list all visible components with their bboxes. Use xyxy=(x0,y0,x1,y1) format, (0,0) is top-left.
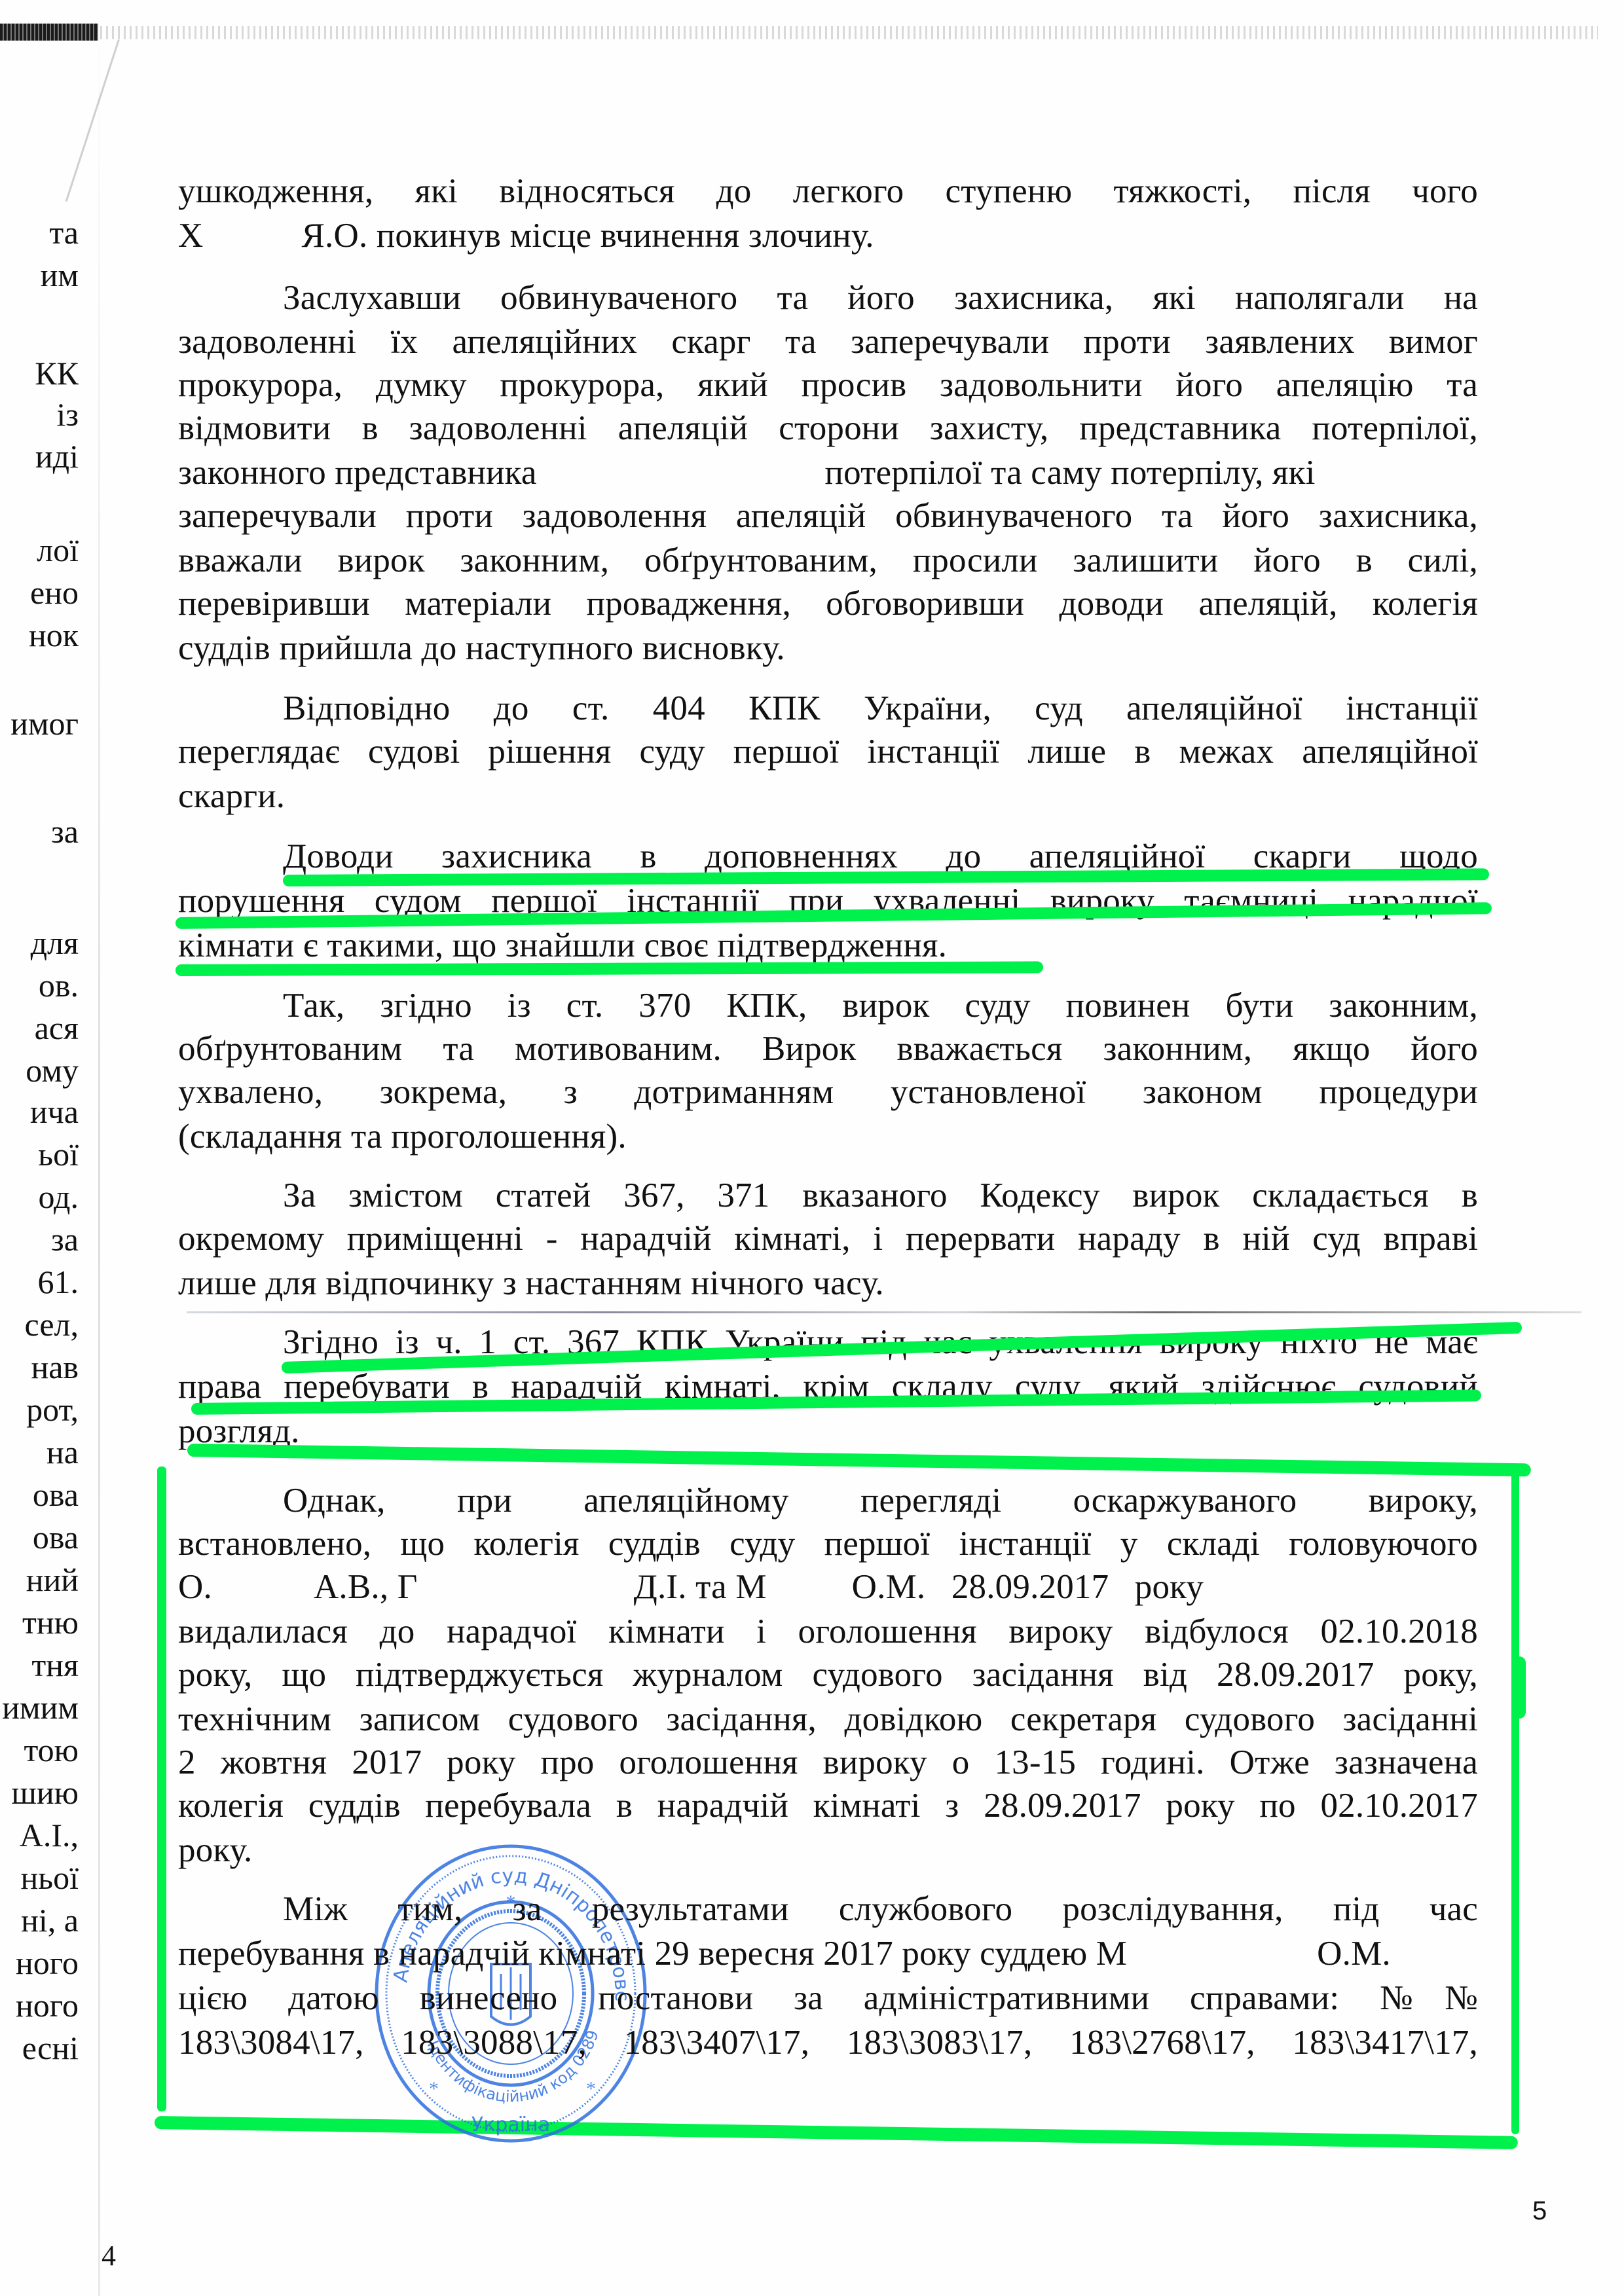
text-line: ХЯ.О. покинув місце вчинення злочину. xyxy=(178,216,1478,255)
margin-text-fragment: ного xyxy=(16,1989,79,2022)
text-line: обґрунтованим та мотивованим. Вирок вваж… xyxy=(178,1029,1478,1068)
margin-text-fragment: имог xyxy=(10,707,79,740)
text-fragment: законного представника xyxy=(178,454,537,492)
document-page: таимККізиділоїенонокимогзадляов.асяомуич… xyxy=(0,0,1624,2296)
text-line: окремому приміщенні - нарадчій кімнаті, … xyxy=(178,1219,1478,1258)
text-line: заперечували проти задоволення апеляцій … xyxy=(178,496,1478,536)
text-line: Відповідно до ст. 404 КПК України, суд а… xyxy=(283,689,1478,728)
boxed-line: року, що підтверджується журналом судово… xyxy=(178,1655,1478,1694)
boxed-line: технічним записом судового засідання, до… xyxy=(178,1700,1478,1739)
seal-star-icon: * xyxy=(586,2078,596,2100)
highlighted-line: кімнати є такими, що знайшли своє підтве… xyxy=(178,926,1478,965)
redacted-name: Д.І. та М xyxy=(634,1568,767,1606)
redacted-name: А.В., Г xyxy=(314,1568,418,1606)
text-line: задоволенні їх апеляційних скарг та запе… xyxy=(178,322,1478,361)
highlighter-underline xyxy=(175,961,1043,976)
boxed-line: встановлено, що колегія суддів суду перш… xyxy=(178,1524,1478,1563)
margin-text-fragment: ича xyxy=(30,1095,79,1128)
boxed-line: Однак, при апеляційному перегляді оскарж… xyxy=(283,1481,1478,1520)
date-text: О.М. 28.09.2017 року xyxy=(852,1568,1204,1606)
page-fold-line xyxy=(98,0,100,2296)
margin-text-fragment: за xyxy=(51,1223,79,1256)
text-line: вважали вирок законним, обґрунтованим, п… xyxy=(178,541,1478,580)
margin-text-fragment: нав xyxy=(31,1351,79,1383)
highlighter-box-left xyxy=(157,1467,166,2111)
text-line: Так, згідно із ст. 370 КПК, вирок суду п… xyxy=(283,986,1478,1025)
boxed-line: видалилася до нарадчої кімнати і оголоше… xyxy=(178,1612,1478,1651)
margin-text-fragment: есні xyxy=(22,2032,79,2064)
boxed-line: Між тим, за результатами службового розс… xyxy=(283,1889,1478,1929)
scan-artifact-dark xyxy=(0,24,98,41)
margin-text-fragment: нок xyxy=(29,619,79,651)
redacted-initial: Х xyxy=(178,217,203,255)
text-fragment: перебування в нарадчій кімнаті 29 вересн… xyxy=(178,1935,1127,1973)
seal-country-text: Україна xyxy=(471,2113,550,2136)
margin-text-fragment: 61. xyxy=(38,1266,79,1298)
margin-text-fragment: ова xyxy=(33,1478,79,1511)
text-line: переглядає судові рішення суду першої ін… xyxy=(178,732,1478,771)
text-line: ушкодження, які відносяться до легкого с… xyxy=(178,172,1478,211)
margin-text-fragment: иді xyxy=(35,440,79,473)
margin-text-fragment: од. xyxy=(39,1180,79,1213)
boxed-line: О.А.В., ГД.І. та МО.М. 28.09.2017 року xyxy=(178,1567,1478,1607)
margin-text-fragment: КК xyxy=(35,357,79,390)
margin-text-fragment: ов. xyxy=(39,969,79,1002)
redacted-name: О. xyxy=(178,1568,212,1606)
text-line: скарги. xyxy=(178,776,1478,816)
text-line: лише для відпочинку з настанням нічного … xyxy=(178,1264,1478,1303)
margin-text-fragment: ено xyxy=(30,576,79,609)
margin-text-fragment: рот, xyxy=(26,1393,79,1426)
margin-text-fragment: лої xyxy=(37,534,79,566)
margin-text-fragment: тою xyxy=(24,1734,79,1766)
margin-text-fragment: ного xyxy=(16,1946,79,1979)
text-fragment: потерпілої та саму потерпілу, які xyxy=(825,454,1316,492)
margin-text-fragment: ася xyxy=(35,1011,79,1044)
text-line: законного представникапотерпілої та саму… xyxy=(178,453,1478,492)
margin-text-fragment: тня xyxy=(31,1649,79,1681)
scan-artifact-strip xyxy=(0,26,1598,39)
redacted-name: О.М. xyxy=(1317,1935,1391,1973)
margin-text-fragment: ьої xyxy=(38,1138,79,1171)
margin-text-fragment: шию xyxy=(11,1776,79,1809)
margin-text-fragment: та xyxy=(49,216,79,249)
text-line: Заслухавши обвинуваченого та його захисн… xyxy=(283,278,1478,318)
margin-text-fragment: ний xyxy=(26,1563,79,1596)
boxed-line: цією датою винесено постанови за адмініс… xyxy=(178,1978,1478,2018)
highlighted-line: розгляд. xyxy=(178,1412,1478,1451)
text-line: ухвалено, зокрема, з дотриманням установ… xyxy=(178,1072,1478,1112)
text-line: За змістом статей 367, 371 вказаного Код… xyxy=(283,1176,1478,1215)
highlighter-box-tab xyxy=(1513,1656,1526,1719)
margin-text-fragment: для xyxy=(31,926,79,959)
seal-star-icon: * xyxy=(429,2078,439,2100)
margin-text-fragment: із xyxy=(56,398,79,431)
highlighter-box-right xyxy=(1511,1467,1519,2134)
margin-text-fragment: тню xyxy=(22,1606,79,1639)
boxed-line: 2 жовтня 2017 року про оголошення вироку… xyxy=(178,1743,1478,1782)
text-line: суддів прийшла до наступного висновку. xyxy=(178,629,1478,668)
text-fragment: Я.О. покинув місце вчинення злочину. xyxy=(301,217,874,255)
scan-separator-line xyxy=(187,1311,1581,1313)
page-number: 5 xyxy=(1532,2196,1547,2226)
margin-text-fragment: ова xyxy=(33,1521,79,1554)
margin-text-fragment: ні, а xyxy=(21,1904,79,1937)
margin-text-fragment: ому xyxy=(26,1054,79,1087)
text-line: прокурора, думку прокурора, який просив … xyxy=(178,365,1478,405)
text-line: перевіривши матеріали провадження, обгов… xyxy=(178,584,1478,623)
margin-page-number: 4 xyxy=(101,2239,116,2272)
text-line: (складання та проголошення). xyxy=(178,1117,1478,1156)
margin-text-fragment: им xyxy=(41,259,79,291)
margin-text-fragment: на xyxy=(46,1436,79,1468)
boxed-line: колегія суддів перебувала в нарадчій кім… xyxy=(178,1786,1478,1825)
highlighter-box-bottom xyxy=(155,2116,1518,2149)
margin-text-fragment: имим xyxy=(2,1691,79,1724)
margin-text-fragment: ньої xyxy=(21,1861,79,1894)
margin-text-fragment: за xyxy=(51,815,79,848)
margin-text-fragment: сел, xyxy=(25,1308,79,1341)
margin-text-fragment: А.І., xyxy=(20,1819,79,1851)
case-numbers-line: 183\3084\17, 183\3088\17, 183\3407\17, 1… xyxy=(178,2023,1478,2062)
boxed-line: перебування в нарадчій кімнаті 29 вересн… xyxy=(178,1934,1478,1973)
text-line: відмовити в задоволенні апеляцій сторони… xyxy=(178,409,1478,448)
scan-scratch xyxy=(65,39,120,202)
